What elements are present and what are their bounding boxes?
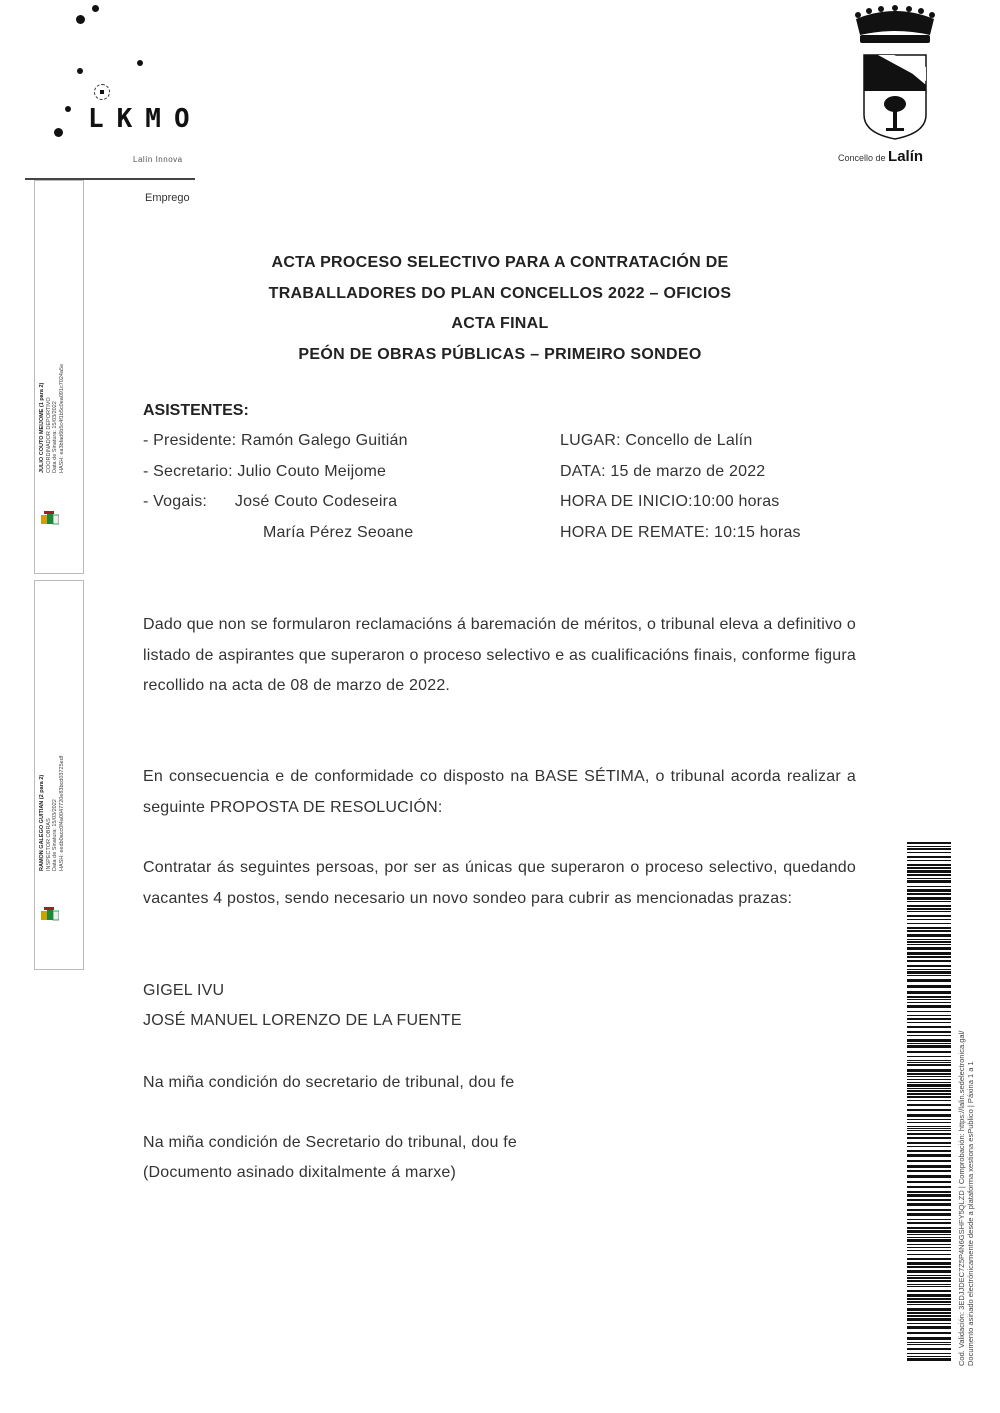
title-line: TRABALLADORES DO PLAN CONCELLOS 2022 – O… xyxy=(140,279,860,310)
barcode-bar xyxy=(907,1090,951,1092)
barcode-bar xyxy=(907,1358,951,1361)
barcode-bar xyxy=(907,1015,951,1016)
barcode-bar xyxy=(907,1247,951,1248)
document-title: ACTA PROCESO SELECTIVO PARA A CONTRATACI… xyxy=(140,248,860,370)
barcode-bar xyxy=(907,1031,951,1033)
barcode-bar xyxy=(907,1209,951,1211)
barcode-bar xyxy=(907,842,951,844)
barcode-bar xyxy=(907,1186,951,1188)
barcode-bar xyxy=(907,1062,951,1063)
barcode-bar xyxy=(907,1082,951,1083)
barcode-bar xyxy=(907,856,951,858)
barcode-bar xyxy=(907,1104,951,1106)
signature-box-1: JULIO COUTO MEIJOME (1 para 2) COORDINAD… xyxy=(34,180,84,574)
validation-code-line: Cod. Validación: 3EDJJDEC7Z5P4N6GSHFY5QL… xyxy=(957,1031,966,1366)
closing-line-2: Na miña condición de Secretario do tribu… xyxy=(143,1134,517,1152)
attendee-president: - Presidente: Ramón Galego Guitián xyxy=(143,432,408,450)
barcode-bar xyxy=(907,1348,951,1350)
barcode-bar xyxy=(907,1315,951,1317)
barcode-bar xyxy=(907,1191,951,1193)
barcode-bar xyxy=(907,867,951,869)
barcode-bar xyxy=(907,1344,951,1345)
barcode-bar xyxy=(907,908,951,910)
barcode-bar xyxy=(907,975,951,976)
barcode-bar xyxy=(907,985,951,988)
signature-hash: HASH: ea3bfad6b5c4f1b5c0ea091c7024a5e xyxy=(59,364,66,473)
signature-box-2: RAMON GALEGO GUITIAN (2 para 2) INSPECTO… xyxy=(34,580,84,970)
barcode-bar xyxy=(907,1353,951,1354)
barcode-bar xyxy=(907,897,951,900)
barcode-bar xyxy=(907,1318,951,1321)
barcode-bar xyxy=(907,860,951,861)
barcode-bar xyxy=(907,991,951,994)
barcode-bar xyxy=(907,1222,951,1224)
barcode-bar xyxy=(907,1073,951,1075)
barcode-bar xyxy=(907,1146,951,1147)
signature-hash: HASH: eedb0acc0f4a0047720e83bcd03725edf xyxy=(59,756,66,871)
barcode-bar xyxy=(907,1298,951,1300)
barcode-bar xyxy=(907,1056,951,1057)
barcode-bar xyxy=(907,1137,951,1139)
barcode-bar xyxy=(907,1088,951,1089)
barcode-bar xyxy=(907,1096,951,1098)
logo-dot xyxy=(65,106,71,112)
barcode-bar xyxy=(907,947,951,950)
barcode-bar xyxy=(907,965,951,967)
barcode-bar xyxy=(907,996,951,998)
barcode-bar xyxy=(907,1266,951,1268)
barcode-bar xyxy=(907,1342,951,1343)
barcode-bar xyxy=(907,1160,951,1162)
barcode-bar xyxy=(907,971,951,974)
barcode-bar xyxy=(907,1100,951,1101)
barcode-bar xyxy=(907,960,951,962)
barcode-bar xyxy=(907,1064,951,1066)
barcode-bar xyxy=(907,1142,951,1144)
attendee-vogal-2: María Pérez Seoane xyxy=(263,524,413,542)
validation-barcode xyxy=(907,842,951,1364)
barcode-bar xyxy=(907,1039,951,1042)
meta-start-time: HORA DE INICIO:10:00 horas xyxy=(560,493,780,511)
barcode-bar xyxy=(907,870,951,873)
barcode-bar xyxy=(907,1199,951,1201)
barcode-bar xyxy=(907,1035,951,1036)
barcode-bar xyxy=(907,1018,951,1020)
barcode-bar xyxy=(907,1277,951,1279)
barcode-bar xyxy=(907,1150,951,1152)
barcode-bar xyxy=(907,1133,951,1135)
barcode-bar xyxy=(907,979,951,982)
logo-dot xyxy=(54,128,63,137)
barcode-bar xyxy=(907,874,951,876)
barcode-bar xyxy=(907,941,951,943)
barcode-bar xyxy=(907,1170,951,1172)
barcode-bar xyxy=(907,1294,951,1297)
barcode-bar xyxy=(907,1079,951,1080)
barcode-bar xyxy=(907,1270,951,1273)
signature-text-2: RAMON GALEGO GUITIAN (2 para 2) INSPECTO… xyxy=(39,756,65,871)
meta-date: DATA: 15 de marzo de 2022 xyxy=(560,463,765,481)
crest-caption-name: Lalín xyxy=(888,148,923,165)
barcode-bar xyxy=(907,1239,951,1242)
barcode-bar xyxy=(907,852,951,853)
lalin-crest-icon xyxy=(850,5,940,145)
barcode-bar xyxy=(907,1304,951,1305)
attendee-secretary: - Secretario: Julio Couto Meijome xyxy=(143,463,386,481)
barcode-bar xyxy=(907,1076,951,1077)
barcode-bar xyxy=(907,927,951,929)
barcode-bar xyxy=(907,1356,951,1357)
seal-icon xyxy=(41,511,59,527)
barcode-bar xyxy=(907,1130,951,1131)
barcode-bar xyxy=(907,1219,951,1220)
barcode-bar xyxy=(907,1254,951,1255)
logo-dot xyxy=(76,15,85,24)
attendees-heading: ASISTENTES: xyxy=(143,402,249,420)
barcode-bar xyxy=(907,1181,951,1183)
validation-text: Cod. Validación: 3EDJJDEC7Z5P4N6GSHFY5QL… xyxy=(957,1031,975,1366)
barcode-bar xyxy=(907,1203,951,1206)
barcode-bar xyxy=(907,1165,951,1168)
barcode-bar xyxy=(907,919,951,920)
logo-dot xyxy=(137,60,143,66)
barcode-bar xyxy=(907,1026,951,1028)
barcode-bar xyxy=(907,1312,951,1314)
barcode-bar xyxy=(907,956,951,958)
barcode-bar xyxy=(907,1234,951,1235)
crest-caption: Concello de Lalín xyxy=(838,148,923,165)
barcode-bar xyxy=(907,1323,951,1324)
barcode-bar xyxy=(907,1002,951,1003)
barcode-bar xyxy=(907,1286,951,1287)
barcode-bar xyxy=(907,1301,951,1303)
barcode-bar xyxy=(907,1060,951,1061)
barcode-bar xyxy=(907,1126,951,1127)
closing-line-3: (Documento asinado dixitalmente á marxe) xyxy=(143,1164,456,1182)
target-icon xyxy=(94,84,110,100)
barcode-bar xyxy=(907,1284,951,1285)
barcode-bar xyxy=(907,889,951,892)
barcode-bar xyxy=(907,864,951,866)
barcode-bar xyxy=(907,930,951,932)
barcode-bar xyxy=(907,880,951,883)
barcode-bar xyxy=(907,1011,951,1012)
barcode-bar xyxy=(907,893,951,895)
barcode-bar xyxy=(907,1337,951,1340)
barcode-bar xyxy=(907,901,951,902)
paragraph-1: Dado que non se formularon reclamacións … xyxy=(143,610,856,702)
barcode-bar xyxy=(907,1043,951,1044)
barcode-bar xyxy=(907,1175,951,1178)
meta-end-time: HORA DE REMATE: 10:15 horas xyxy=(560,524,801,542)
barcode-bar xyxy=(907,846,951,847)
barcode-bar xyxy=(907,1194,951,1197)
hired-person-2: JOSÉ MANUEL LORENZO DE LA FUENTE xyxy=(143,1012,462,1030)
barcode-bar xyxy=(907,1290,951,1292)
crest-caption-prefix: Concello de xyxy=(838,153,886,163)
hired-person-1: GIGEL IVU xyxy=(143,982,224,1000)
barcode-bar xyxy=(907,1326,951,1329)
barcode-bar xyxy=(907,923,951,924)
barcode-bar xyxy=(907,1122,951,1123)
logo-wordmark: LKMO xyxy=(88,104,203,134)
barcode-bar xyxy=(907,1128,951,1129)
barcode-bar xyxy=(907,905,951,907)
barcode-bar xyxy=(907,1213,951,1216)
barcode-bar xyxy=(907,939,951,940)
meta-place: LUGAR: Concello de Lalín xyxy=(560,432,752,450)
barcode-bar xyxy=(907,1275,951,1276)
barcode-bar xyxy=(907,1258,951,1260)
barcode-bar xyxy=(907,1109,951,1111)
barcode-bar xyxy=(907,1227,951,1229)
barcode-bar xyxy=(907,952,951,955)
barcode-bar xyxy=(907,848,951,850)
barcode-bar xyxy=(907,1093,951,1095)
barcode-bar xyxy=(907,1308,951,1311)
barcode-bar xyxy=(907,999,951,1000)
barcode-bar xyxy=(907,1230,951,1233)
logo-subtitle: Lalín Innova xyxy=(133,155,183,164)
barcode-bar xyxy=(907,1280,951,1282)
barcode-bar xyxy=(907,1250,951,1251)
title-line: ACTA PROCESO SELECTIVO PARA A CONTRATACI… xyxy=(140,248,860,279)
barcode-bar xyxy=(907,915,951,917)
logo-dot xyxy=(92,5,99,12)
seal-icon xyxy=(41,907,59,923)
barcode-bar xyxy=(907,1022,951,1023)
logo-dot xyxy=(77,68,83,74)
barcode-bar xyxy=(907,1051,951,1053)
closing-line-1: Na miña condición do secretario de tribu… xyxy=(143,1074,514,1092)
paragraph-2: En consecuencia e de conformidade co dis… xyxy=(143,762,856,823)
paragraph-3: Contratar ás seguintes persoas, por ser … xyxy=(143,853,856,914)
barcode-bar xyxy=(907,1084,951,1087)
barcode-bar xyxy=(907,878,951,879)
barcode-bar xyxy=(907,1237,951,1238)
barcode-bar xyxy=(907,1332,951,1334)
barcode-bar xyxy=(907,1069,951,1072)
barcode-bar xyxy=(907,969,951,970)
barcode-bar xyxy=(907,1154,951,1157)
barcode-bar xyxy=(907,944,951,945)
barcode-bar xyxy=(907,934,951,937)
barcode-bar xyxy=(907,886,951,887)
barcode-bar xyxy=(907,1244,951,1245)
barcode-bar xyxy=(907,911,951,912)
barcode-bar xyxy=(907,1045,951,1048)
barcode-bar xyxy=(907,1262,951,1265)
barcode-bar xyxy=(907,1005,951,1008)
barcode-bar xyxy=(907,1119,951,1120)
title-line: PEÓN DE OBRAS PÚBLICAS – PRIMEIRO SONDEO xyxy=(140,340,860,371)
title-line: ACTA FINAL xyxy=(140,309,860,340)
validation-platform-line: Documento asinado electrónicamente desde… xyxy=(966,1031,975,1366)
attendee-vogal-1: - Vogais: José Couto Codeseira xyxy=(143,493,397,511)
signature-text-1: JULIO COUTO MEIJOME (1 para 2) COORDINAD… xyxy=(39,364,65,473)
department-label: Emprego xyxy=(145,192,190,204)
barcode-bar xyxy=(907,1114,951,1117)
